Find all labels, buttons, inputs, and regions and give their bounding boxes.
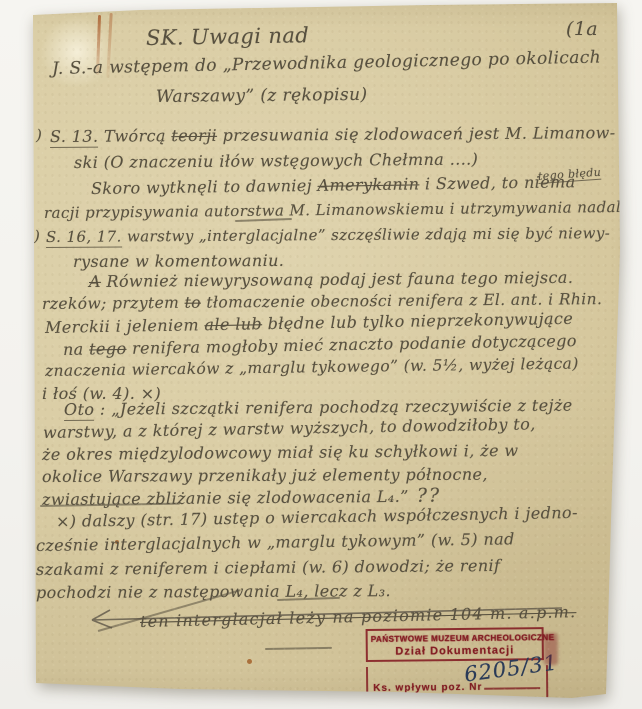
line-text: cześnie interglacjalnych w „marglu tykow… <box>36 529 515 555</box>
handwriting-line: racji przypisywania autorstwa M. Limanow… <box>44 198 621 222</box>
question-marks: ?? <box>409 485 442 507</box>
line-text: okolice Warszawy przenikały już elementy… <box>42 465 488 486</box>
subtitle-line: Warszawy” (z rękopisu) <box>156 85 368 107</box>
handwriting-line: okolice Warszawy przenikały już elementy… <box>42 465 488 486</box>
line-text: ski (O znaczeniu iłów wstęgowych Chełmna… <box>74 149 478 172</box>
section-ref: S. 16, 17. <box>46 227 122 248</box>
subtitle-text: J. S.-a wstępem do „Przewodnika geologic… <box>52 48 601 79</box>
section-marker: 2) <box>24 227 40 245</box>
handwriting-line: S. 13. Twórcą teorji przesuwania się zlo… <box>50 123 616 146</box>
stamp-fill-line <box>484 687 540 690</box>
handwriting-line: ski (O znaczeniu iłów wstęgowych Chełmna… <box>74 149 478 172</box>
marker-text: 1) <box>26 126 42 144</box>
struck-word: to <box>184 294 201 312</box>
corner-page-mark: (1a <box>566 18 598 40</box>
manuscript-paper: SK. Uwagi nad (1a J. S.-a wstępem do „Pr… <box>0 0 642 709</box>
line-text: rysane w komentowaniu. <box>73 251 284 271</box>
handwriting-line: S. 16, 17. warstwy „interglacjalne” szcz… <box>46 224 610 246</box>
struck-word: Amerykanin <box>317 174 419 194</box>
subtitle-text: Warszawy” (z rękopisu) <box>156 85 368 107</box>
handwriting-line: Skoro wytknęli to dawniej Amerykanin i S… <box>91 172 576 198</box>
insertion-note: tego błędu <box>538 166 602 184</box>
line-text: renifera mogłoby mieć znaczto podanie do… <box>126 331 577 358</box>
handwriting-line: znaczenia wiercaków z „marglu tykowego” … <box>45 355 579 380</box>
section-marker: 1) <box>26 126 42 144</box>
line-text: Twórcą <box>98 126 171 146</box>
section-ref: S. 13. <box>50 127 99 148</box>
ink-speck <box>247 659 252 664</box>
struck-word: A <box>89 272 101 291</box>
line-text: przesuwania się zlodowaceń jest M. Liman… <box>217 123 616 145</box>
stamp-ink-smudge <box>544 633 558 665</box>
line-text: znaczenia wiercaków z „marglu tykowego” … <box>45 355 579 380</box>
archive-stamp: PAŃSTWOWE MUZEUM ARCHEOLOGICZNE Dział Do… <box>366 627 557 709</box>
stamp-register-row: Ks. wpływu poz. Nr 6205/31 <box>366 665 548 709</box>
page-mark-text: (1a <box>566 18 598 40</box>
struck-word: tego <box>89 339 127 359</box>
line-text: racji przypisywania autorstwa M. Limanow… <box>44 198 621 222</box>
handwriting-line: że okres międzylodowcowy miał się ku sch… <box>42 441 519 464</box>
struck-word: ale lub <box>204 314 262 334</box>
footnote-line: szakami z reniferem i ciepłami (w. 6) do… <box>36 556 500 579</box>
line-text: Również niewyrysowaną podaj jest fauna t… <box>101 268 573 291</box>
handwriting-line: rysane w komentowaniu. <box>73 251 284 271</box>
line-text: że okres międzylodowcowy miał się ku sch… <box>42 441 519 464</box>
line-text: szakami z reniferem i ciepłami (w. 6) do… <box>36 556 500 579</box>
handwriting-line: A Również niewyrysowaną podaj jest fauna… <box>89 268 573 291</box>
stamp-museum-name: PAŃSTWOWE MUZEUM ARCHEOLOGICZNE <box>371 632 532 644</box>
struck-word: teorji <box>171 126 217 145</box>
insertion-text: tego błędu <box>538 166 602 183</box>
title-text: SK. Uwagi nad <box>146 23 310 50</box>
line-text: warstwy „interglacjalne” szczęśliwie zda… <box>122 224 611 245</box>
pencil-divider <box>265 647 332 650</box>
scan-area: SK. Uwagi nad (1a J. S.-a wstępem do „Pr… <box>0 0 642 709</box>
title-line: SK. Uwagi nad <box>146 23 310 50</box>
line-text: na <box>63 340 89 359</box>
emphasized-word: Oto <box>64 400 95 421</box>
line-text: Merckii i jeleniem <box>45 315 205 337</box>
footnote-line: cześnie interglacjalnych w „marglu tykow… <box>36 529 515 555</box>
line-text: błędne lub tylko nieprzekonywujące <box>262 309 573 333</box>
subtitle-line: J. S.-a wstępem do „Przewodnika geologic… <box>52 48 601 79</box>
line-text: Skoro wytknęli to dawniej <box>91 176 318 198</box>
marker-text: 2) <box>24 227 40 245</box>
line-text: rzeków; przytem <box>42 294 185 313</box>
